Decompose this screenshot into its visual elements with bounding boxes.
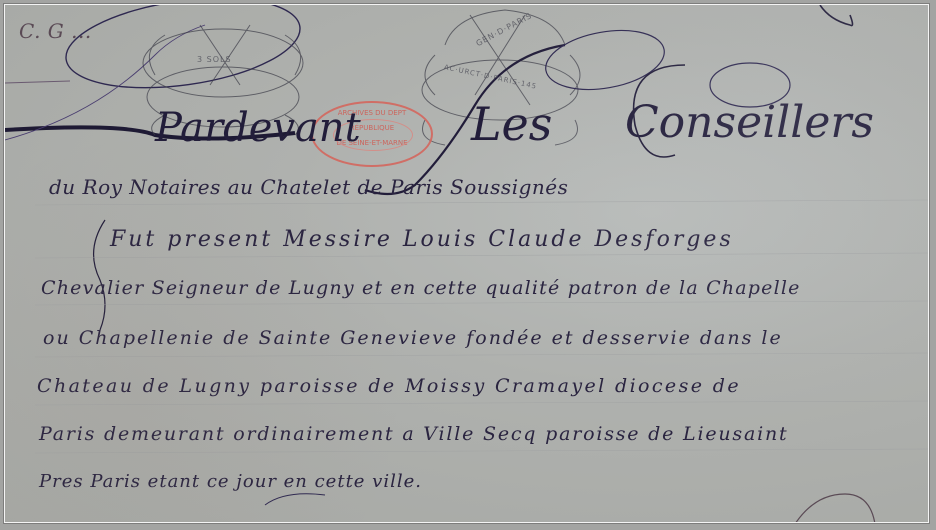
- title-word-les: Les: [471, 97, 552, 151]
- text-line-1: du Roy Notaires au Chatelet de Paris Sou…: [49, 175, 568, 199]
- text-line-2: Fut present Messire Louis Claude Desforg…: [110, 227, 734, 252]
- tax-stamp-left: 3 SOLS: [197, 55, 232, 64]
- title-word-pardevant: Pardevant: [155, 105, 361, 151]
- ink-flourishes: [5, 5, 929, 523]
- text-line-5: Chateau de Lugny paroisse de Moissy Cram…: [37, 375, 741, 397]
- text-line-3: Chevalier Seigneur de Lugny et en cette …: [41, 277, 801, 299]
- text-line-7: Pres Paris etant ce jour en cette ville.: [39, 471, 422, 492]
- title-word-conseillers: Conseillers: [625, 97, 874, 148]
- document-photo: 3 SOLS GEN·D·PARIS AC·URCT·D·PARIS·145 C…: [4, 4, 929, 523]
- header-note: C. G ...: [19, 19, 92, 43]
- text-line-6: Paris demeurant ordinairement a Ville Se…: [39, 423, 788, 445]
- text-line-4: ou Chapellenie de Sainte Genevieve fondé…: [43, 327, 783, 349]
- image-frame: 3 SOLS GEN·D·PARIS AC·URCT·D·PARIS·145 C…: [0, 0, 936, 530]
